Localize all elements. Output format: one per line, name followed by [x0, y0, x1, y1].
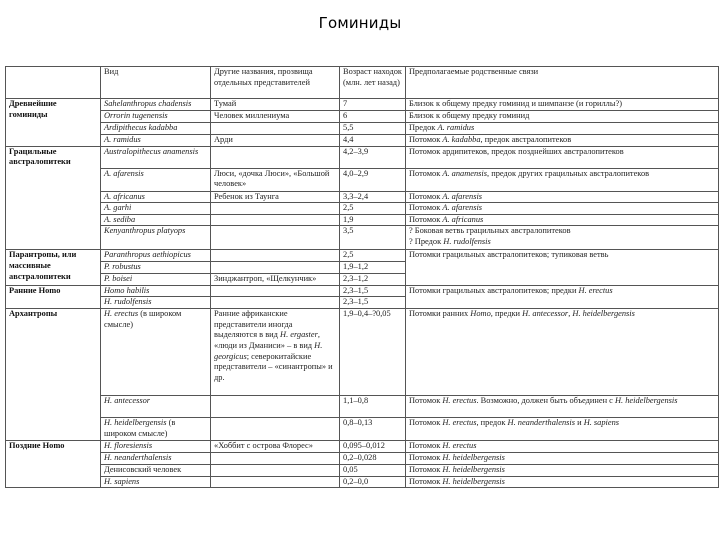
relations-cell: Потомок H. heidelbergensis [406, 453, 719, 465]
other-names-cell [211, 226, 340, 250]
species-name: Sahelanthropus chadensis [104, 99, 191, 108]
age-cell: 4,0–2,9 [340, 168, 406, 191]
species-name: H. floresiensis [104, 441, 152, 450]
group-cell: Грацильные австралопитеки [6, 146, 101, 250]
hominids-table: Вид Другие названия, прозвища отдельных … [5, 66, 719, 488]
relations-cell: Потомок A. afarensis [406, 203, 719, 215]
species-cell: H. antecessor [101, 396, 211, 418]
species-name: A. sediba [104, 215, 135, 224]
species-cell: H. heidelbergensis (в широком смысле) [101, 418, 211, 441]
other-names-cell [211, 297, 340, 309]
table-row: АрхантропыH. erectus (в широком смысле)Р… [6, 309, 719, 396]
relations-cell: Потомок H. erectus. Возможно, должен быт… [406, 396, 719, 418]
age-cell: 2,3–1,5 [340, 285, 406, 297]
other-names-cell [211, 464, 340, 476]
age-cell: 7 [340, 99, 406, 111]
header-age: Возраст находок (млн. лет назад) [340, 67, 406, 99]
species-name: A. afarensis [104, 169, 144, 178]
species-name: H. sapiens [104, 477, 139, 486]
species-name: Денисовский человек [104, 465, 181, 474]
species-name: Kenyanthropus platyops [104, 226, 185, 235]
species-name: Australopithecus anamensis [104, 147, 198, 156]
age-cell: 0,095–0,012 [340, 441, 406, 453]
table-row: Денисовский человек0,05Потомок H. heidel… [6, 464, 719, 476]
table-row: H. sapiens0,2–0,0Потомок H. heidelbergen… [6, 476, 719, 488]
species-cell: H. neanderthalensis [101, 453, 211, 465]
other-names-cell [211, 123, 340, 135]
other-names-cell [211, 453, 340, 465]
table-row: Orrorin tugenensisЧеловек миллениума6Бли… [6, 111, 719, 123]
age-cell: 0,05 [340, 464, 406, 476]
table-row: A. afarensisЛюси, «дочка Люси», «Большой… [6, 168, 719, 191]
species-cell: Homo habilis [101, 285, 211, 297]
group-cell: Ранние Homo [6, 285, 101, 309]
relations-cell: Потомок A. anamensis, предок других грац… [406, 168, 719, 191]
relations-cell: Потомок H. erectus [406, 441, 719, 453]
age-cell: 3,3–2,4 [340, 191, 406, 203]
age-cell: 3,5 [340, 226, 406, 250]
species-cell: H. rudolfensis [101, 297, 211, 309]
species-cell: A. sediba [101, 214, 211, 226]
other-names-cell: Зинджантроп, «Щелкунчик» [211, 273, 340, 285]
other-names-cell [211, 250, 340, 262]
relations-cell: Близок к общему предку гоминид [406, 111, 719, 123]
species-name: H. rudolfensis [104, 297, 151, 306]
age-cell: 2,5 [340, 203, 406, 215]
species-cell: A. afarensis [101, 168, 211, 191]
species-name: A. ramidus [104, 135, 141, 144]
other-names-cell: «Хоббит с острова Флорес» [211, 441, 340, 453]
species-cell: Ardipithecus kadabba [101, 123, 211, 135]
species-name: H. heidelbergensis [104, 418, 167, 427]
age-cell: 5,5 [340, 123, 406, 135]
group-cell: Архантропы [6, 309, 101, 441]
age-cell: 2,3–1,5 [340, 297, 406, 309]
other-names-cell: Тумай [211, 99, 340, 111]
relations-cell: Потомок H. heidelbergensis [406, 476, 719, 488]
other-names-cell [211, 146, 340, 168]
relations-cell: Потомки ранних Homo, предки H. antecesso… [406, 309, 719, 396]
species-cell: Australopithecus anamensis [101, 146, 211, 168]
age-cell: 1,9–0,4–?0,05 [340, 309, 406, 396]
table-row: A. ramidusАрди4,4Потомок A. kadabba, пре… [6, 134, 719, 146]
table-row: A. sediba1,9Потомок A. africanus [6, 214, 719, 226]
age-cell: 0,2–0,0 [340, 476, 406, 488]
relations-cell: Близок к общему предку гоминид и шимпанз… [406, 99, 719, 111]
other-names-cell [211, 203, 340, 215]
age-cell: 4,4 [340, 134, 406, 146]
age-cell: 6 [340, 111, 406, 123]
species-name: Paranthropus aethiopicus [104, 250, 191, 259]
other-names-cell [211, 476, 340, 488]
other-names-cell [211, 418, 340, 441]
header-group [6, 67, 101, 99]
species-cell: Sahelanthropus chadensis [101, 99, 211, 111]
other-names-cell: Арди [211, 134, 340, 146]
species-cell: A. garhi [101, 203, 211, 215]
age-cell: 4,2–3,9 [340, 146, 406, 168]
age-cell: 2,3–1,2 [340, 273, 406, 285]
header-other-names: Другие названия, прозвища отдельных пред… [211, 67, 340, 99]
table-row: A. garhi2,5Потомок A. afarensis [6, 203, 719, 215]
species-name: P. robustus [104, 262, 141, 271]
species-cell: A. africanus [101, 191, 211, 203]
species-name: H. erectus [104, 309, 138, 318]
age-cell: 0,8–0,13 [340, 418, 406, 441]
other-names-cell [211, 214, 340, 226]
species-cell: Orrorin tugenensis [101, 111, 211, 123]
age-cell: 2,5 [340, 250, 406, 262]
group-cell: Древнейшие гоминиды [6, 99, 101, 147]
header-relations: Предполагаемые родственные связи [406, 67, 719, 99]
species-cell: Kenyanthropus platyops [101, 226, 211, 250]
species-cell: H. floresiensis [101, 441, 211, 453]
species-cell: A. ramidus [101, 134, 211, 146]
table-row: Древнейшие гоминидыSahelanthropus chaden… [6, 99, 719, 111]
other-names-cell [211, 285, 340, 297]
group-cell: Поздние Homo [6, 441, 101, 488]
relations-cell: Потомки грацильных австралопитеков; пред… [406, 285, 719, 309]
page-title: Гоминиды [0, 14, 720, 32]
age-cell: 1,9 [340, 214, 406, 226]
other-names-cell [211, 396, 340, 418]
other-names-cell: Люси, «дочка Люси», «Большой человек» [211, 168, 340, 191]
age-cell: 1,9–1,2 [340, 262, 406, 274]
species-cell: H. sapiens [101, 476, 211, 488]
species-cell: Paranthropus aethiopicus [101, 250, 211, 262]
species-name: A. garhi [104, 203, 131, 212]
species-cell: P. robustus [101, 262, 211, 274]
table-row: Парантропы, или массивные австралопитеки… [6, 250, 719, 262]
table-row: Грацильные австралопитекиAustralopithecu… [6, 146, 719, 168]
table-row: Поздние HomoH. floresiensis«Хоббит с ост… [6, 441, 719, 453]
species-name: Ardipithecus kadabba [104, 123, 177, 132]
relations-cell: Потомок A. kadabba, предок австралопитек… [406, 134, 719, 146]
other-names-cell: Ранние африканские представители иногда … [211, 309, 340, 396]
relations-cell: Потомок H. heidelbergensis [406, 464, 719, 476]
relations-cell: Потомок H. erectus, предок H. neandertha… [406, 418, 719, 441]
table-row: H. neanderthalensis0,2–0,028Потомок H. h… [6, 453, 719, 465]
species-cell: H. erectus (в широком смысле) [101, 309, 211, 396]
relations-cell: Потомок A. afarensis [406, 191, 719, 203]
table-row: Ранние HomoHomo habilis2,3–1,5Потомки гр… [6, 285, 719, 297]
species-cell: P. boisei [101, 273, 211, 285]
species-name: H. neanderthalensis [104, 453, 171, 462]
header-species: Вид [101, 67, 211, 99]
other-names-cell: Человек миллениума [211, 111, 340, 123]
table-row: H. antecessor1,1–0,8Потомок H. erectus. … [6, 396, 719, 418]
relations-cell: Потомки грацильных австралопитеков; тупи… [406, 250, 719, 285]
group-cell: Парантропы, или массивные австралопитеки [6, 250, 101, 285]
species-name: H. antecessor [104, 396, 150, 405]
table-row: Kenyanthropus platyops3,5? Боковая ветвь… [6, 226, 719, 250]
species-cell: Денисовский человек [101, 464, 211, 476]
table-row: H. heidelbergensis (в широком смысле)0,8… [6, 418, 719, 441]
species-name: P. boisei [104, 274, 132, 283]
relations-cell: Потомок A. africanus [406, 214, 719, 226]
other-names-cell: Ребенок из Таунга [211, 191, 340, 203]
species-name: Homo habilis [104, 286, 149, 295]
relations-cell: ? Боковая ветвь грацильных австралопитек… [406, 226, 719, 250]
species-name: Orrorin tugenensis [104, 111, 168, 120]
table-header-row: Вид Другие названия, прозвища отдельных … [6, 67, 719, 99]
species-name: A. africanus [104, 192, 145, 201]
table-row: Ardipithecus kadabba5,5Предок A. ramidus [6, 123, 719, 135]
table-row: A. africanusРебенок из Таунга3,3–2,4Пото… [6, 191, 719, 203]
age-cell: 1,1–0,8 [340, 396, 406, 418]
relations-cell: Потомок ардипитеков, предок позднейших а… [406, 146, 719, 168]
other-names-cell [211, 262, 340, 274]
age-cell: 0,2–0,028 [340, 453, 406, 465]
relations-cell: Предок A. ramidus [406, 123, 719, 135]
